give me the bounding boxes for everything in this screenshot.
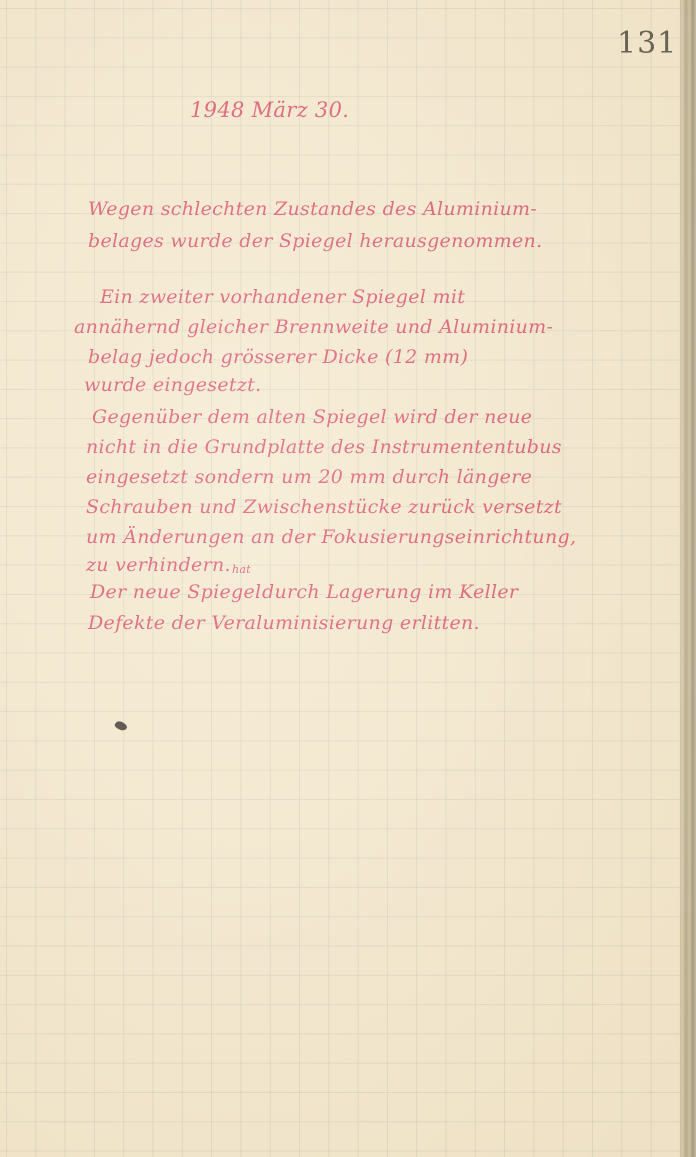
entry-date: 1948 März 30. — [190, 100, 349, 121]
text-line-13: Der neue Spiegel — [90, 583, 261, 602]
text-line-5: belag jedoch grösserer Dicke (12 mm) — [88, 348, 468, 367]
text-line-3: Ein zweiter vorhandener Spiegel mit — [100, 288, 465, 307]
text-line-11: um Änderungen an der Fokusierungseinrich… — [86, 528, 576, 547]
ink-blot — [114, 719, 128, 732]
text-line-8: nicht in die Grundplatte des Instrumente… — [86, 438, 562, 457]
text-line-9: eingesetzt sondern um 20 mm durch länger… — [86, 468, 532, 487]
text-line-2: belages wurde der Spiegel herausgenommen… — [88, 232, 542, 251]
text-line-7: Gegenüber dem alten Spiegel wird der neu… — [92, 408, 532, 427]
page-number: 131 — [617, 26, 677, 61]
text-line-10: Schrauben und Zwischenstücke zurück vers… — [86, 498, 562, 517]
notebook-binding — [682, 0, 696, 1157]
text-line-6: wurde eingesetzt. — [84, 376, 261, 395]
text-line-13b: durch Lagerung im Keller — [262, 583, 518, 602]
insertion-mark: hat — [232, 564, 251, 575]
text-line-14: Defekte der Veraluminisierung erlitten. — [88, 614, 480, 633]
notebook-page: 131 1948 März 30. Wegen schlechten Zusta… — [0, 0, 696, 1157]
text-line-12: zu verhindern. — [86, 556, 231, 575]
text-line-4: annähernd gleicher Brennweite und Alumin… — [74, 318, 553, 337]
text-line-1: Wegen schlechten Zustandes des Aluminium… — [88, 200, 537, 219]
